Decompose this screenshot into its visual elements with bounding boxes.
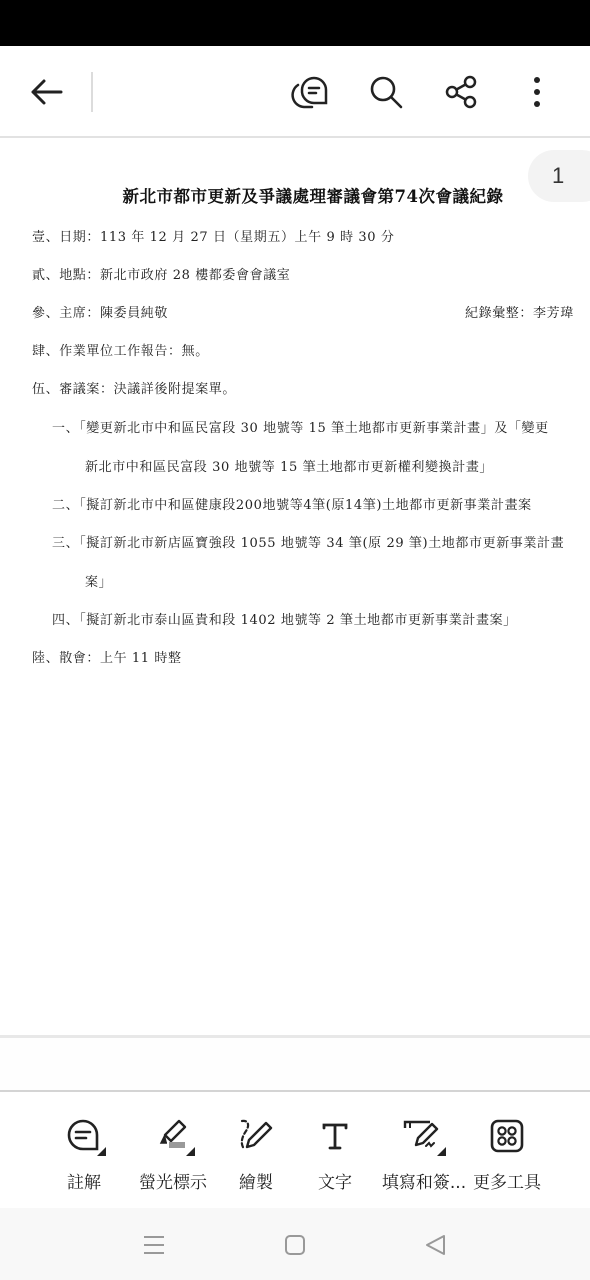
line-adjourn: 陸、散會：上午 11 時整 (32, 647, 182, 666)
comments-button[interactable] (289, 72, 329, 112)
line-review: 伍、審議案：決議詳後附提案單。 (32, 378, 236, 397)
more-vert-icon (532, 76, 542, 108)
home-button[interactable] (280, 1230, 310, 1260)
draw-pencil-icon (236, 1117, 276, 1155)
home-icon (284, 1234, 306, 1256)
tool-text-label: 文字 (318, 1168, 352, 1193)
share-icon (443, 74, 479, 110)
more-options-button[interactable] (517, 72, 557, 112)
line-report: 肆、作業單位工作報告：無。 (32, 340, 209, 359)
tool-highlight[interactable]: 螢光標示 (128, 1116, 218, 1200)
line-item2: 二、「擬訂新北市中和區健康段200地號等4筆(原14筆)土地都市更新事業計畫案 (52, 494, 532, 513)
line-item4: 四、「擬訂新北市泰山區貴和段 1402 地號等 2 筆土地都市更新事業計畫案」 (52, 609, 517, 628)
line-item3-a: 三、「擬訂新北市新店區寶強段 1055 地號等 34 筆(原 29 筆)土地都市… (52, 532, 564, 551)
dropdown-triangle-icon (437, 1147, 446, 1156)
tool-text[interactable]: 文字 (290, 1116, 380, 1200)
line-recorder: 紀錄彙整：李芳瑋 (465, 302, 574, 321)
back-icon (425, 1234, 447, 1256)
back-button[interactable] (26, 72, 66, 112)
tool-fill-sign[interactable]: 填寫和簽... (379, 1116, 469, 1200)
line-location: 貳、地點：新北市政府 28 樓都委會會議室 (32, 264, 290, 283)
tool-more[interactable]: 更多工具 (462, 1116, 552, 1200)
toolbar-divider (91, 72, 93, 112)
share-button[interactable] (441, 72, 481, 112)
tool-draw[interactable]: 繪製 (211, 1116, 301, 1200)
comments-icon (290, 73, 328, 111)
dropdown-triangle-icon (97, 1147, 106, 1156)
back-arrow-icon (29, 78, 63, 106)
search-button[interactable] (366, 72, 406, 112)
text-icon (320, 1121, 350, 1151)
line-item1-a: 一、「變更新北市中和區民富段 30 地號等 15 筆土地都市更新事業計畫」及「變… (52, 417, 549, 436)
top-app-bar (0, 46, 590, 138)
tool-draw-label: 繪製 (239, 1168, 273, 1193)
recents-icon (143, 1234, 165, 1256)
tool-comment-label: 註解 (67, 1168, 101, 1193)
bottom-tool-bar: 註解 螢光標示 繪製 文字 填寫和簽... 更多工具 (0, 1090, 590, 1208)
status-bar (0, 0, 590, 46)
dropdown-triangle-icon (186, 1147, 195, 1156)
nav-back-button[interactable] (421, 1230, 451, 1260)
page-gap (0, 1038, 590, 1090)
search-icon (368, 74, 404, 110)
line-date: 壹、日期：113 年 12 月 27 日（星期五）上午 9 時 30 分 (32, 226, 395, 245)
line-chair: 參、主席：陳委員純敬 (32, 302, 168, 321)
tool-more-label: 更多工具 (473, 1168, 541, 1193)
system-nav-bar (0, 1208, 590, 1280)
document-title: 新北市都市更新及爭議處理審議會第74次會議紀錄 (0, 183, 590, 207)
tool-comment[interactable]: 註解 (39, 1116, 129, 1200)
line-item3-b: 案」 (85, 571, 112, 590)
tool-highlight-label: 螢光標示 (139, 1168, 207, 1193)
line-item1-b: 新北市中和區民富段 30 地號等 15 筆土地都市更新權利變換計畫」 (85, 456, 493, 475)
tool-fill-sign-label: 填寫和簽... (382, 1168, 466, 1193)
document-viewer[interactable]: 1 新北市都市更新及爭議處理審議會第74次會議紀錄 壹、日期：113 年 12 … (0, 140, 590, 1036)
more-tools-grid-icon (490, 1119, 524, 1153)
recents-button[interactable] (139, 1230, 169, 1260)
